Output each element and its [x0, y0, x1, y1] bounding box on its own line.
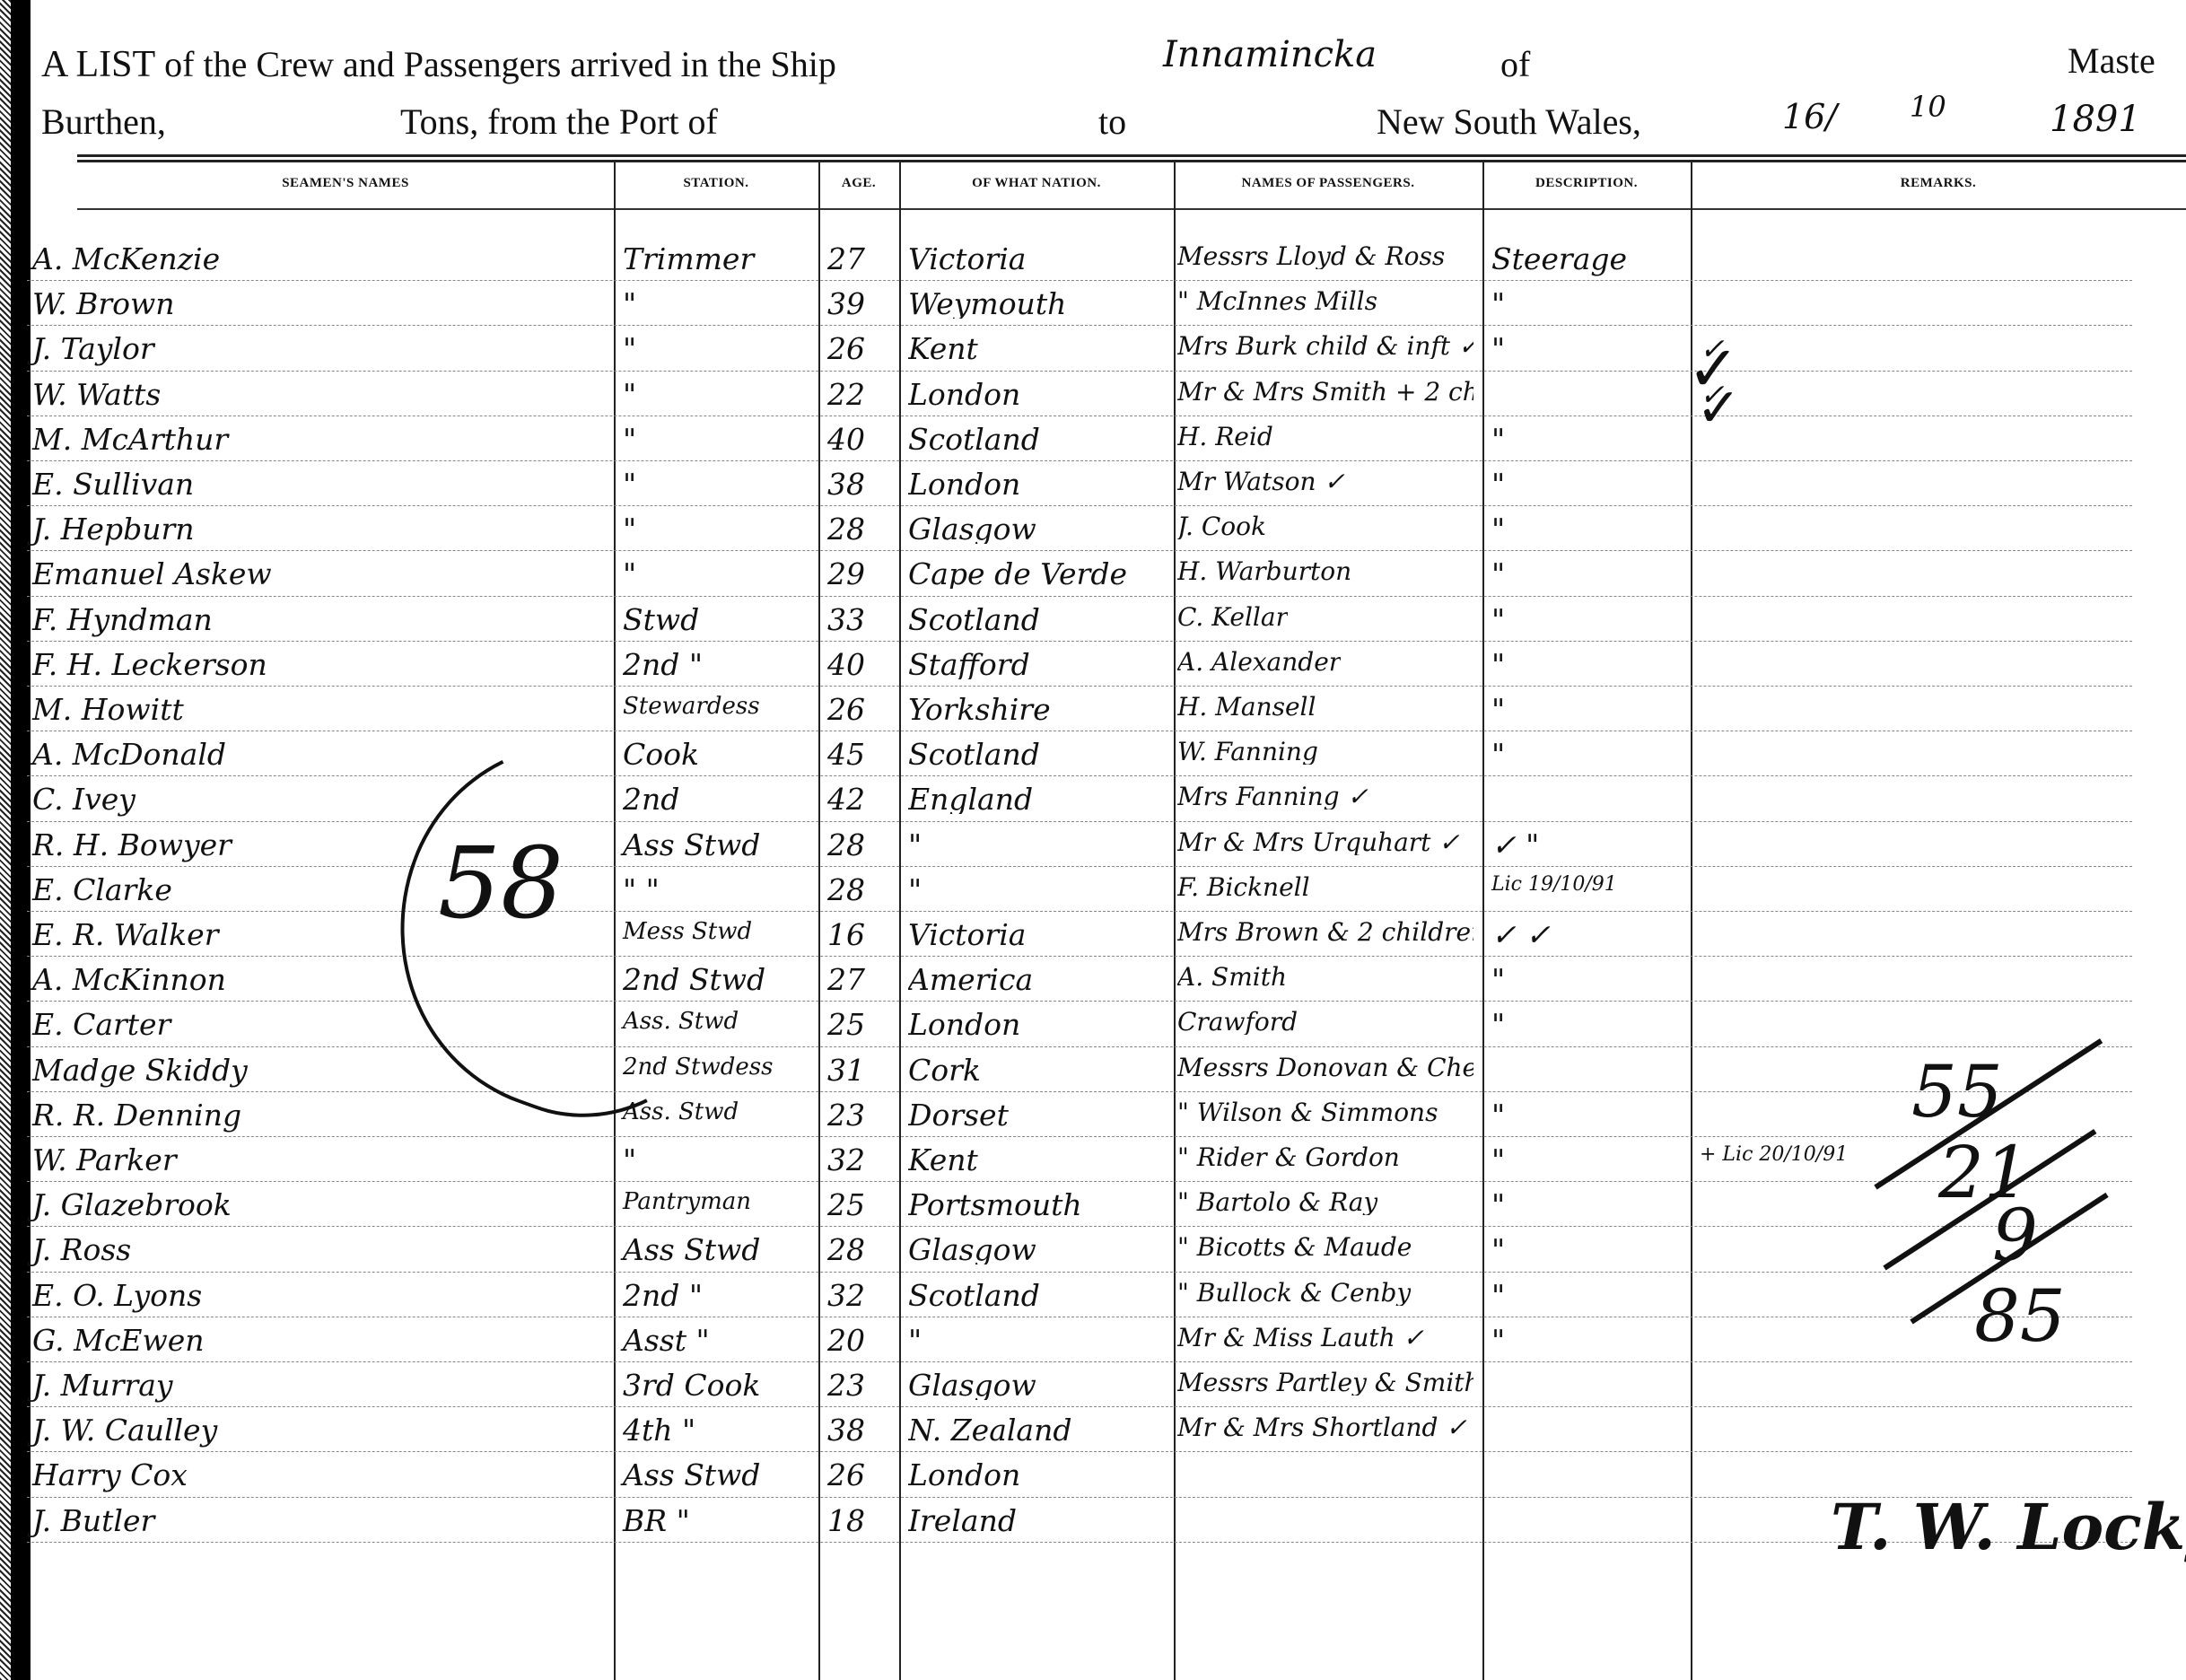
- col-header-description: DESCRIPTION.: [1482, 176, 1691, 191]
- age-cell: 26: [827, 334, 865, 363]
- passenger-name: Mr & Mrs Smith + 2 children ✓: [1177, 380, 1473, 405]
- nation-cell: Victoria: [908, 244, 1026, 274]
- seaman-name: J. W. Caulley: [32, 1415, 217, 1445]
- seaman-name: A. McKenzie: [32, 244, 220, 274]
- age-cell: 39: [827, 289, 865, 319]
- row-rule: [27, 1542, 2132, 1543]
- col-header-station: STATION.: [614, 176, 818, 191]
- row-rule: [27, 731, 2132, 731]
- passenger-name: " Bullock & Cenby: [1177, 1281, 1411, 1306]
- row-rule: [27, 1181, 2132, 1182]
- station-cell: ": [623, 559, 636, 589]
- passenger-name: Mrs Fanning ✓: [1177, 784, 1368, 809]
- col-header-passengers: NAMES OF PASSENGERS.: [1174, 176, 1482, 191]
- to-label: to: [1098, 101, 1126, 143]
- station-cell: Ass Stwd: [623, 1460, 760, 1490]
- station-cell: ": [623, 334, 636, 363]
- header-rule-top-2: [77, 160, 2186, 162]
- passenger-name: Messrs Donovan & Cheson: [1177, 1055, 1473, 1081]
- seaman-name: M. Howitt: [32, 695, 184, 724]
- description-cell: ": [1491, 1145, 1505, 1175]
- nation-cell: London: [908, 1010, 1020, 1039]
- age-cell: 28: [827, 514, 865, 544]
- nation-cell: London: [908, 1460, 1020, 1490]
- seaman-name: Harry Cox: [32, 1460, 188, 1490]
- station-cell: ": [623, 289, 636, 319]
- nation-cell: London: [908, 469, 1020, 499]
- row-rule: [27, 460, 2132, 461]
- date-month: 10: [1910, 90, 1946, 124]
- seaman-name: Emanuel Askew: [32, 559, 272, 589]
- description-cell: ": [1491, 1190, 1505, 1220]
- passenger-name: " Bicotts & Maude: [1177, 1235, 1412, 1260]
- seaman-name: G. McEwen: [32, 1326, 205, 1355]
- date-year: 1891: [2050, 99, 2141, 140]
- passenger-name: Crawford: [1177, 1010, 1298, 1035]
- station-cell: ": [623, 469, 636, 499]
- description-cell: ": [1491, 469, 1505, 499]
- passenger-name: Mrs Burk child & inft ✓: [1177, 334, 1473, 359]
- station-cell: 2nd ": [623, 650, 703, 679]
- tally-value: 85: [1974, 1274, 2066, 1358]
- nation-cell: London: [908, 380, 1020, 409]
- header-rule-top: [77, 154, 2186, 157]
- passenger-name: Mr & Miss Lauth ✓: [1177, 1326, 1424, 1351]
- description-cell: ✓ ": [1491, 830, 1539, 860]
- row-rule: [27, 325, 2132, 326]
- seaman-name: E. Carter: [32, 1010, 171, 1039]
- nation-cell: Glasgow: [908, 1370, 1036, 1400]
- header-rule-bottom: [77, 208, 2186, 210]
- age-cell: 38: [827, 1415, 865, 1445]
- nation-cell: Scotland: [908, 1281, 1040, 1310]
- seaman-name: W. Watts: [32, 380, 161, 409]
- passenger-name: " Rider & Gordon: [1177, 1145, 1400, 1170]
- seaman-name: E. Clarke: [32, 875, 172, 905]
- remarks-cell: + Lic 20/10/91: [1700, 1145, 1848, 1165]
- check-mark-icon: ✓: [1696, 377, 1741, 440]
- age-cell: 22: [827, 380, 865, 409]
- station-cell: ": [623, 1145, 636, 1175]
- passenger-name: " Wilson & Simmons: [1177, 1100, 1438, 1125]
- station-cell: ": [623, 380, 636, 409]
- row-rule: [27, 1406, 2132, 1407]
- col-header-age: AGE.: [818, 176, 899, 191]
- document-title: A LIST of the Crew and Passengers arrive…: [41, 43, 836, 86]
- age-cell: 25: [827, 1190, 865, 1220]
- row-rule: [27, 1272, 2132, 1273]
- nation-cell: Glasgow: [908, 514, 1036, 544]
- age-cell: 28: [827, 830, 865, 860]
- description-cell: ": [1491, 424, 1505, 454]
- row-rule: [27, 686, 2132, 687]
- station-cell: Ass Stwd: [623, 1235, 760, 1264]
- row-rule: [27, 775, 2132, 776]
- tons-port-label: Tons, from the Port of: [400, 101, 718, 143]
- circle-annotation: [347, 696, 800, 1159]
- description-cell: ": [1491, 1010, 1505, 1039]
- row-rule: [27, 280, 2132, 281]
- station-cell: 4th ": [623, 1415, 695, 1445]
- nation-cell: Scotland: [908, 424, 1040, 454]
- age-cell: 33: [827, 605, 865, 634]
- nation-cell: Scotland: [908, 739, 1040, 769]
- passenger-name: H. Warburton: [1177, 559, 1351, 584]
- description-cell: ": [1491, 605, 1505, 634]
- station-cell: Stwd: [623, 605, 699, 634]
- age-cell: 31: [827, 1055, 865, 1085]
- passenger-name: F. Bicknell: [1177, 875, 1310, 900]
- passenger-name: A. Smith: [1177, 965, 1287, 990]
- nation-cell: Glasgow: [908, 1235, 1036, 1264]
- passenger-name: " McInnes Mills: [1177, 289, 1377, 314]
- nation-cell: America: [908, 965, 1033, 994]
- description-cell: ": [1491, 514, 1505, 544]
- seaman-name: J. Butler: [32, 1506, 154, 1536]
- row-rule: [27, 550, 2132, 551]
- age-cell: 28: [827, 1235, 865, 1264]
- master-signature: T. W. Lockyer: [1831, 1490, 2186, 1564]
- description-cell: ": [1491, 965, 1505, 994]
- age-cell: 38: [827, 469, 865, 499]
- age-cell: 29: [827, 559, 865, 589]
- row-rule: [27, 1136, 2132, 1137]
- seaman-name: J. Murray: [32, 1370, 173, 1400]
- age-cell: 27: [827, 244, 865, 274]
- seaman-name: E. R. Walker: [32, 920, 218, 949]
- row-rule: [27, 1001, 2132, 1002]
- station-cell: Pantryman: [623, 1190, 751, 1213]
- passenger-name: Mrs Brown & 2 children: [1177, 920, 1473, 945]
- nation-cell: Kent: [908, 1145, 978, 1175]
- row-rule: [27, 866, 2132, 867]
- nation-cell: ": [908, 830, 922, 860]
- row-rule: [27, 1361, 2132, 1362]
- seaman-name: W. Brown: [32, 289, 175, 319]
- passenger-name: Mr & Mrs Shortland ✓: [1177, 1415, 1467, 1440]
- nation-cell: Scotland: [908, 605, 1040, 634]
- age-cell: 32: [827, 1281, 865, 1310]
- ship-name: Innamincka: [1163, 34, 1377, 75]
- passenger-name: C. Kellar: [1177, 605, 1288, 630]
- passenger-name: A. Alexander: [1177, 650, 1341, 675]
- seaman-name: J. Glazebrook: [32, 1190, 232, 1220]
- passenger-name: W. Fanning: [1177, 739, 1318, 765]
- age-cell: 42: [827, 784, 865, 814]
- age-cell: 16: [827, 920, 865, 949]
- age-cell: 18: [827, 1506, 865, 1536]
- row-rule: [27, 1497, 2132, 1498]
- station-cell: 3rd Cook: [623, 1370, 760, 1400]
- seaman-name: Madge Skiddy: [32, 1055, 248, 1085]
- seaman-name: C. Ivey: [32, 784, 136, 814]
- seaman-name: F. H. Leckerson: [32, 650, 267, 679]
- row-rule: [27, 1451, 2132, 1452]
- age-cell: 23: [827, 1100, 865, 1130]
- seaman-name: E. O. Lyons: [32, 1281, 202, 1310]
- age-cell: 28: [827, 875, 865, 905]
- row-rule: [27, 911, 2132, 912]
- binding-shadow: [11, 0, 31, 1680]
- nation-cell: Kent: [908, 334, 978, 363]
- row-rule: [27, 416, 2132, 416]
- seaman-name: J. Hepburn: [32, 514, 195, 544]
- row-rule: [27, 1046, 2132, 1047]
- seaman-name: J. Taylor: [32, 334, 154, 363]
- description-cell: ": [1491, 1100, 1505, 1130]
- nation-cell: Yorkshire: [908, 695, 1051, 724]
- passenger-name: Mr & Mrs Urquhart ✓: [1177, 830, 1460, 855]
- row-rule: [27, 956, 2132, 957]
- nation-cell: Portsmouth: [908, 1190, 1082, 1220]
- age-cell: 26: [827, 695, 865, 724]
- passenger-name: Mr Watson ✓: [1177, 469, 1345, 494]
- of-label: of: [1500, 43, 1530, 85]
- station-cell: ": [623, 514, 636, 544]
- age-cell: 25: [827, 1010, 865, 1039]
- nation-cell: ": [908, 1326, 922, 1355]
- passenger-name: Messrs Partley & Smith: [1177, 1370, 1473, 1396]
- nation-cell: ": [908, 875, 922, 905]
- age-cell: 27: [827, 965, 865, 994]
- description-cell: ": [1491, 695, 1505, 724]
- passenger-name: Messrs Lloyd & Ross: [1177, 244, 1445, 269]
- burthen-label: Burthen,: [41, 101, 166, 143]
- nation-cell: Cape de Verde: [908, 559, 1127, 589]
- seaman-name: W. Parker: [32, 1145, 177, 1175]
- station-cell: Stewardess: [623, 695, 760, 718]
- seaman-name: A. McDonald: [32, 739, 226, 769]
- age-cell: 20: [827, 1326, 865, 1355]
- nation-cell: Victoria: [908, 920, 1026, 949]
- nation-cell: Weymouth: [908, 289, 1066, 319]
- row-rule: [27, 821, 2132, 822]
- description-cell: ": [1491, 334, 1505, 363]
- nation-cell: England: [908, 784, 1033, 814]
- destination-label: New South Wales,: [1377, 101, 1641, 143]
- row-rule: [27, 1317, 2132, 1317]
- description-cell: ": [1491, 1281, 1505, 1310]
- description-cell: ✓ ✓: [1491, 920, 1551, 949]
- row-rule: [27, 596, 2132, 597]
- age-cell: 23: [827, 1370, 865, 1400]
- age-cell: 40: [827, 424, 865, 454]
- age-cell: 45: [827, 739, 865, 769]
- age-cell: 26: [827, 1460, 865, 1490]
- master-label: Maste: [2068, 39, 2155, 82]
- date-day: 16/: [1782, 97, 1837, 136]
- row-rule: [27, 1226, 2132, 1227]
- row-rule: [27, 371, 2132, 372]
- passenger-name: " Bartolo & Ray: [1177, 1190, 1377, 1215]
- description-cell: Lic 19/10/91: [1491, 875, 1617, 895]
- seaman-name: F. Hyndman: [32, 605, 213, 634]
- description-cell: ": [1491, 289, 1505, 319]
- description-cell: ": [1491, 650, 1505, 679]
- description-cell: ": [1491, 1235, 1505, 1264]
- nation-cell: Cork: [908, 1055, 981, 1085]
- description-cell: Steerage: [1491, 244, 1627, 274]
- nation-cell: Stafford: [908, 650, 1030, 679]
- seaman-name: A. McKinnon: [32, 965, 226, 994]
- row-rule: [27, 1091, 2132, 1092]
- nation-cell: Ireland: [908, 1506, 1017, 1536]
- description-cell: ": [1491, 559, 1505, 589]
- seaman-name: E. Sullivan: [32, 469, 194, 499]
- seaman-name: M. McArthur: [32, 424, 228, 454]
- row-rule: [27, 641, 2132, 642]
- col-header-nation: OF WHAT NATION.: [899, 176, 1174, 191]
- col-header-seamen: SEAMEN'S NAMES: [77, 176, 614, 191]
- title-text: of the Crew and Passengers arrived in th…: [164, 44, 836, 84]
- passenger-name: H. Mansell: [1177, 695, 1316, 720]
- title-prefix: A LIST: [41, 44, 155, 85]
- col-header-remarks: REMARKS.: [1691, 176, 2186, 191]
- seaman-name: J. Ross: [32, 1235, 131, 1264]
- passenger-name: J. Cook: [1177, 514, 1266, 539]
- station-cell: 2nd ": [623, 1281, 703, 1310]
- station-cell: Asst ": [623, 1326, 710, 1355]
- age-cell: 40: [827, 650, 865, 679]
- tally-value: 55: [1911, 1050, 2003, 1133]
- station-cell: ": [623, 424, 636, 454]
- nation-cell: N. Zealand: [908, 1415, 1071, 1445]
- circled-number: 58: [438, 826, 564, 941]
- description-cell: ": [1491, 1326, 1505, 1355]
- passenger-name: H. Reid: [1177, 424, 1273, 450]
- station-cell: BR ": [623, 1506, 690, 1536]
- age-cell: 32: [827, 1145, 865, 1175]
- seaman-name: R. R. Denning: [32, 1100, 241, 1130]
- station-cell: Trimmer: [623, 244, 754, 274]
- nation-cell: Dorset: [908, 1100, 1009, 1130]
- seaman-name: R. H. Bowyer: [32, 830, 232, 860]
- description-cell: ": [1491, 739, 1505, 769]
- row-rule: [27, 505, 2132, 506]
